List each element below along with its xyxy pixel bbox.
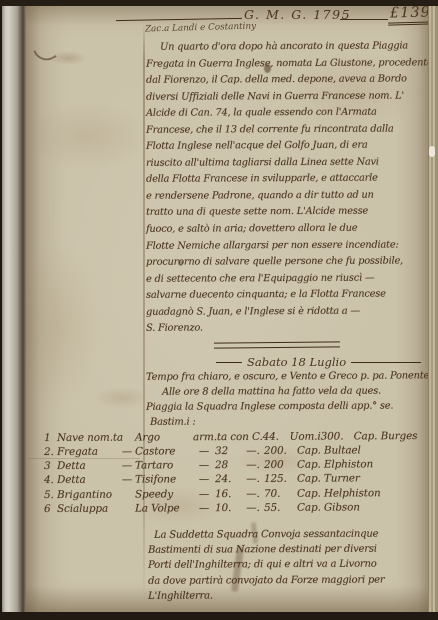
column-dash: — (193, 474, 215, 486)
entry-line: riuscito all'ultima tagliarsi dalla Line… (146, 154, 430, 172)
fleet-row: 4. Detta — Tisifone — 24. —. 125. Cap. T… (44, 472, 417, 488)
fleet-list: 1 Nave nom.ta Argo arm.ta con C. 44. Uom… (44, 431, 417, 516)
header-rule-left (116, 18, 242, 21)
book-binding-left-edge (0, 0, 26, 620)
entry-line: S. Fiorenzo. (146, 320, 430, 338)
entry-paragraph-1: Un quarto d'ora dopo hà ancorato in ques… (146, 39, 430, 337)
ship-name: Speedy (135, 488, 193, 500)
heading-rule-right (351, 362, 421, 363)
ship-type: Nave nom.ta (57, 432, 119, 444)
column-dash: arm.ta con C. (193, 431, 263, 443)
column-dash: Uom.i (290, 431, 321, 443)
captain-name: Cap. Gibson (297, 501, 417, 514)
crew-count: 200. (264, 445, 297, 457)
paper-speck (429, 146, 435, 157)
ship-type: Scialuppa (57, 502, 119, 514)
gun-count: 32 (215, 445, 242, 457)
entry-line: tratto una di queste sette nom. L'Alcide… (146, 204, 430, 222)
entry-date-heading: Sabato 18 Luglio (216, 355, 421, 369)
ship-type: Detta (57, 474, 119, 486)
manuscript-page: G. M. G. 1795 £139 Zac.a Landi e Costant… (26, 6, 428, 612)
fleet-row: 6 Scialuppa La Volpe — 10. —. 55. Cap. G… (44, 501, 417, 517)
entry-line: da dove partirà convojato da Forze maggi… (148, 572, 438, 589)
entry-line: La Suddetta Squadra Convoja sessantacinq… (148, 526, 438, 543)
captain-name: Cap. Elphiston (297, 458, 417, 471)
gun-count: 28 (215, 459, 242, 471)
entry-line: Alcide di Can. 74, la quale essendo con … (146, 104, 430, 122)
ship-number: 4. (44, 474, 57, 486)
margin-note: Zac.a Landi e Costantiny (145, 22, 256, 35)
ship-type: Brigantino (57, 488, 119, 500)
entry-line: Flotta Inglese nell'acque del Golfo Juan… (146, 138, 430, 156)
heading-rule-left (216, 362, 242, 363)
column-dash: — (193, 445, 215, 457)
column-dash: —. (242, 473, 264, 485)
ship-name: Tartaro (135, 459, 193, 471)
folio-number: £139 (388, 4, 433, 25)
captain-name: Cap. Helphiston (297, 487, 417, 500)
column-dash: —. (242, 459, 264, 471)
entry-line: procurorno di salvare quelle persone che… (146, 253, 430, 271)
closing-paragraph: La Suddetta Squadra Convoja sessantacinq… (148, 527, 438, 603)
fleet-row: 5. Brigantino Speedy — 16. —. 70. Cap. H… (44, 487, 417, 503)
captain-name: Cap. Turner (297, 472, 417, 485)
column-dash: — (193, 488, 215, 500)
gun-count: 44. (263, 431, 290, 443)
ship-number: 6 (44, 503, 57, 515)
captain-name: Cap. Burges (354, 430, 418, 442)
ink-flourish-mark (33, 43, 56, 66)
entry-line: guadagnò S. Juan, e l'Inglese si è ridot… (146, 303, 430, 321)
crew-count: 200 (264, 459, 297, 471)
book-edge-bottom (0, 612, 438, 620)
crew-count: 55. (264, 501, 297, 513)
gun-count: 10. (215, 502, 242, 514)
column-dash: — (193, 502, 215, 514)
entry-line: dal Fiorenzo, il Cap. della med. depone,… (146, 71, 430, 89)
crew-count: 125. (264, 473, 297, 485)
ship-name: Argo (135, 431, 193, 443)
entry-line: Un quarto d'ora dopo hà ancorato in ques… (146, 38, 430, 56)
header-rule-right (340, 19, 388, 20)
column-dash: —. (242, 445, 264, 457)
entry-line: Porti dell'Inghilterra; di qui e altri v… (148, 557, 438, 574)
ship-number: 3 (44, 460, 57, 472)
column-dash: — (193, 459, 215, 471)
entry-line: L'Inghilterra. (148, 587, 438, 604)
ship-number: 5. (44, 488, 57, 500)
captain-name: Cap. Bultael (297, 444, 417, 457)
ship-name: Castore (135, 445, 193, 457)
entry-line: fuoco, e saltò in aria; dovettero allora… (146, 220, 430, 238)
entry-line: Bastim.i : (146, 414, 438, 431)
entry-line: Flotte Nemiche allargarsi per non essere… (146, 237, 430, 255)
page-stack-right-edge (428, 6, 438, 612)
ship-type: Fregata (57, 446, 119, 458)
crew-count: 300. (321, 430, 354, 442)
entry-line: e di settecento che era l'Equipaggio ne … (146, 270, 430, 288)
entry-line: Fregata in Guerra Inglese, nomata La Giu… (146, 55, 430, 73)
entry-line: diversi Uffiziali delle Navi in Guerra F… (146, 88, 430, 106)
gun-count: 24. (215, 473, 242, 485)
ship-name: La Volpe (135, 502, 193, 514)
ship-number: 2. (44, 446, 57, 458)
column-dash: — (119, 446, 135, 458)
ship-type: Detta (57, 460, 119, 472)
entry-line: Tempo fra chiaro, e oscuro, e Vento e Gr… (146, 368, 438, 385)
column-dash: —. (242, 487, 264, 499)
entry-line: Alle ore 8 della mattina ha fatto vela d… (146, 383, 438, 400)
header-date-title: G. M. G. 1795 (244, 7, 351, 22)
entry-line: salvarne duecento cinquanta; e la Flotta… (146, 286, 430, 304)
ship-name: Tisifone (135, 474, 193, 486)
column-dash: —. (242, 502, 264, 514)
manuscript-scan: G. M. G. 1795 £139 Zac.a Landi e Costant… (0, 0, 438, 620)
entry-divider (214, 341, 340, 348)
entry-line: Francese, che il 13 del corrente fu rinc… (146, 121, 430, 139)
entry-line: della Flotta Francese in svilupparle, e … (146, 171, 430, 189)
column-dash: — (119, 460, 135, 472)
date-heading-text: Sabato 18 Luglio (247, 355, 346, 369)
crew-count: 70. (264, 487, 297, 499)
ship-number: 1 (44, 432, 57, 444)
gun-count: 16. (215, 488, 242, 500)
column-dash: — (119, 474, 135, 486)
entry-paragraph-2: Tempo fra chiaro, e oscuro, e Vento e Gr… (146, 369, 438, 429)
